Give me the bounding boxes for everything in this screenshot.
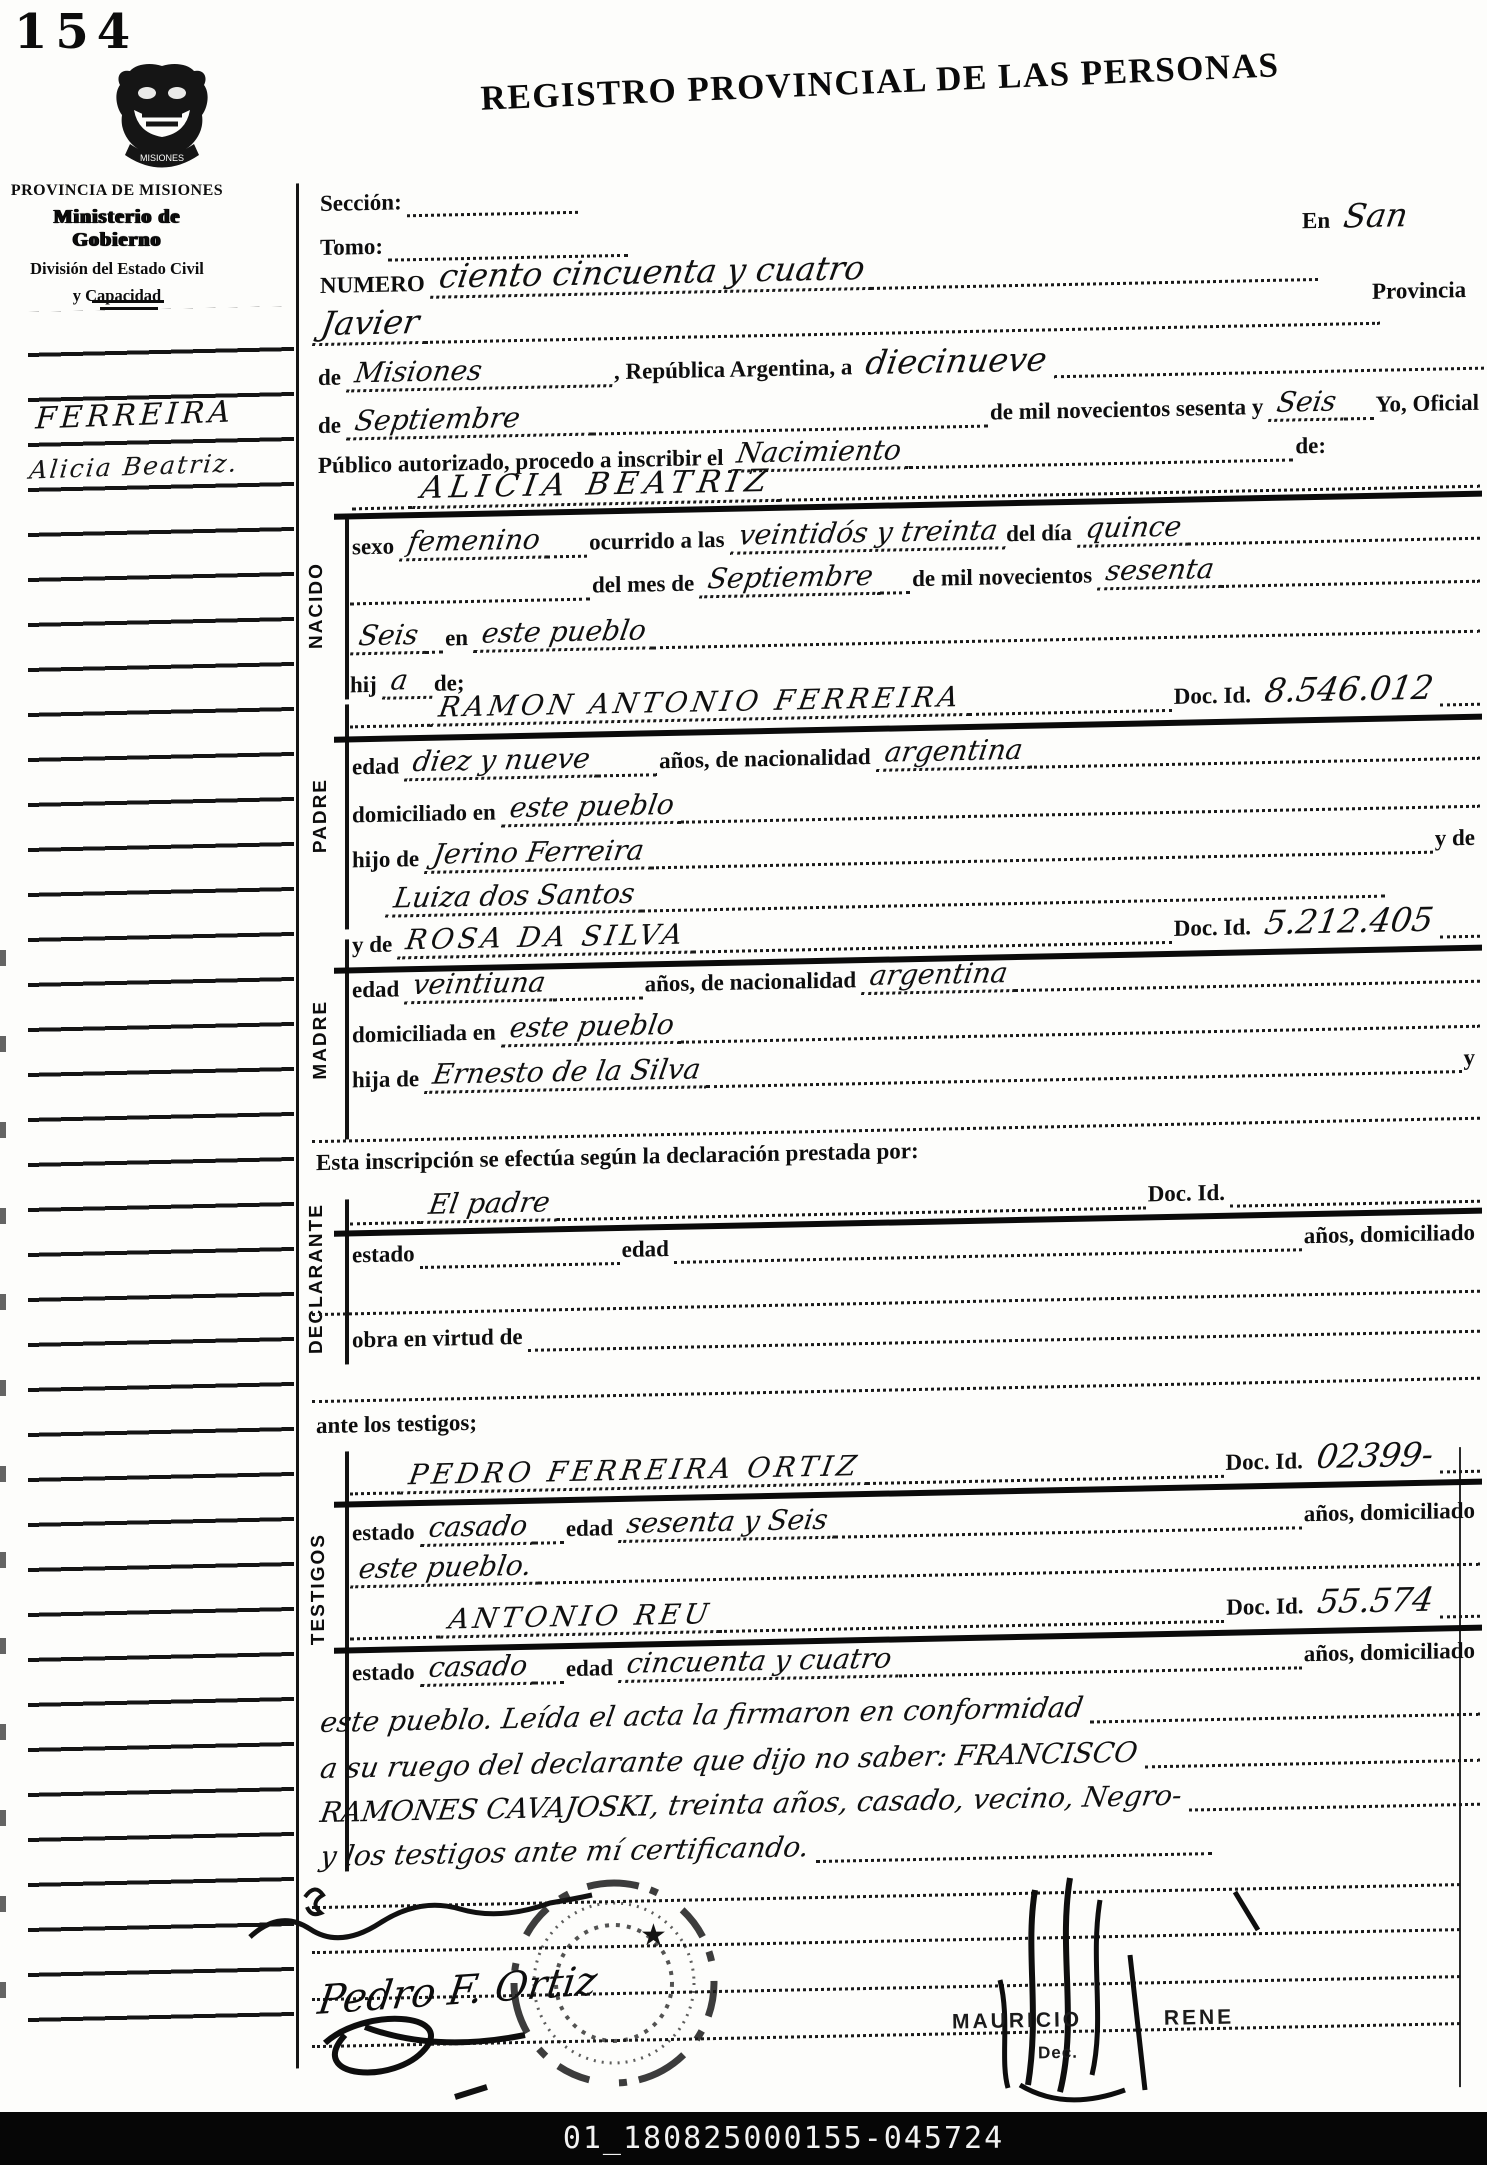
padre-edad-label: edad [350, 753, 404, 782]
obra-label: obra en virtud de [350, 1324, 528, 1356]
declarante-doc-label: Doc. Id. [1146, 1180, 1230, 1210]
scanned-birth-certificate: 154 MISIONES PROVINCIA DE MISIONES Minis… [0, 0, 1487, 2165]
official-name-mauricio: MAURICIO [952, 2008, 1083, 2033]
t2-aniosdom-label: años, domiciliado [1302, 1638, 1480, 1670]
official-name-rene: RENE [1164, 2006, 1235, 2030]
hw-testigo1-doc: 02399- [1308, 1434, 1446, 1476]
hw-testigo1-dom: este pueblo. [350, 1549, 544, 1589]
t1-nombre-line [867, 1465, 1223, 1485]
hw-testigo2-edad: cincuenta y cuatro [618, 1641, 904, 1683]
hw-anio: sesenta [1097, 552, 1227, 591]
footer-scan-bar: 01_180825000155-045724 [0, 2112, 1487, 2165]
lugar-line [653, 620, 1480, 650]
official-name-line: MAURICIO RENE [952, 2006, 1235, 2035]
hw-day: diecinueve [857, 339, 1060, 382]
ocurrido-label: ocurrido a las [587, 527, 729, 558]
en-label: En [1300, 208, 1335, 237]
hw-sexo: femenino [399, 522, 553, 561]
field-row-en: En San [1300, 189, 1487, 237]
hw-madre-nombre: ROSA DA SILVA [397, 917, 699, 959]
t1-lead-dots [350, 1481, 400, 1495]
t2-estado-dots [534, 1671, 564, 1685]
t2-edad-label: edad [564, 1655, 618, 1684]
hw-anio2: Seis [350, 618, 431, 656]
hw-abuelo-paterno: Jerino Ferreira [424, 833, 656, 874]
madre-doc-dots [1440, 925, 1480, 939]
republica-label: , República Argentina, a [612, 354, 857, 387]
t2-estado-label: estado [350, 1659, 420, 1688]
testigos-intro: ante los testigos; [316, 1410, 477, 1439]
section-label-madre: MADRE [310, 1000, 332, 1080]
madre-edad-dots [553, 987, 643, 1002]
y-de-label: y de [1433, 825, 1480, 854]
madre-doc-label: Doc. Id. [1172, 914, 1256, 944]
section-label-testigos: TESTIGOS [308, 1533, 330, 1646]
padre-edad-dots [597, 763, 657, 777]
dia-label: del día [1004, 520, 1077, 549]
seccion-label: Sección: [318, 189, 407, 219]
hw-place-line2: Javier [312, 302, 432, 346]
hw-testigo2-doc: 55.574 [1309, 1579, 1447, 1621]
hw-madre-edad: veintiuna [404, 965, 558, 1004]
t2-lead-dots [350, 1626, 440, 1641]
madre-dom-label: domiciliada en [350, 1019, 501, 1050]
hw-padre-edad: diez y nueve [404, 741, 603, 781]
year-dots [1344, 407, 1374, 421]
padre-nac-label: años, de nacionalidad [657, 744, 876, 776]
numero-label: NUMERO [318, 271, 430, 301]
form-left-border [296, 183, 299, 2068]
declarante-edad-label: edad [620, 1236, 674, 1265]
en-lugar-label: en [443, 625, 473, 654]
madre-y-de-label: y de [350, 931, 397, 960]
declarante-intro: Esta inscripción se efectúa según la dec… [316, 1138, 919, 1176]
hw-place-line1: San [1335, 195, 1421, 236]
signature-flourish-right-icon [940, 1860, 1290, 2110]
t1-doc-dots [1440, 1460, 1480, 1474]
hw-lugar: este pueblo [473, 613, 659, 653]
name-lead-dots [352, 496, 412, 510]
hw-declarante: El padre [420, 1185, 562, 1224]
seal-star-icon: ★ [640, 1918, 667, 1953]
footer-scan-code: 01_180825000155-045724 [563, 2121, 1004, 2156]
hw-dia: quince [1077, 509, 1194, 547]
anio-line [1221, 570, 1480, 588]
madre-nac-label: años, de nacionalidad [643, 967, 862, 999]
hw-madre-dom: este pueblo [501, 1008, 687, 1048]
mes-dots [880, 581, 910, 595]
form-body: Sección: Tomo: En San NUMERO ciento cinc… [0, 0, 1487, 2165]
hw-testigo2-estado: casado [420, 1649, 540, 1687]
hw-province: Misiones [346, 351, 618, 392]
field-row-seccion: Sección: [318, 170, 578, 219]
provincia-label: Provincia [1372, 277, 1466, 305]
madre-edad-label: edad [350, 976, 404, 1005]
section-label-nacido: NACIDO [306, 562, 328, 649]
hw-testigo1-nombre: PEDRO FERREIRA ORTIZ [400, 1449, 873, 1494]
mes-label: del mes de [590, 570, 699, 600]
padre-dom-label: domiciliado en [350, 799, 501, 830]
hw-person-name: ALICIA BEATRIZ [412, 463, 786, 509]
official-title-dec: Dec. [1038, 2043, 1078, 2063]
declarante-estado-label: estado [350, 1241, 420, 1270]
hw-padre-nacionalidad: argentina [876, 733, 1035, 772]
t2-doc-label: Doc. Id. [1224, 1593, 1308, 1623]
padre-doc-dots [1440, 693, 1480, 707]
lugar-dots [425, 641, 443, 654]
madre-hija-label: hija de [350, 1066, 424, 1095]
t2-doc-dots [1440, 1605, 1480, 1619]
official-title: Dec. [1038, 2040, 1078, 2065]
padre-hijo-label: hijo de [350, 846, 424, 875]
hw-padre-doc: 8.546.012 [1256, 667, 1446, 710]
notary-seal-icon [500, 1865, 740, 2105]
sexo-label: sexo [350, 533, 399, 562]
padre-doc-label: Doc. Id. [1172, 682, 1256, 712]
padre-nombre-line [969, 699, 1172, 716]
hw-abuelo-materno: Ernesto de la Silva [424, 1052, 713, 1094]
declarante-aniosdom-label: años, domiciliado [1302, 1220, 1480, 1252]
blank-line [312, 1367, 1480, 1403]
madre-y-label: y [1462, 1045, 1481, 1073]
hw-testigo2-nombre: ANTONIO REU [440, 1597, 725, 1639]
mes-lead-dots [350, 588, 590, 606]
closing-line-3-rule [1189, 1793, 1480, 1812]
padre-lead-dots [350, 714, 430, 729]
hw-padre-dom: este pueblo [501, 788, 687, 828]
hw-madre-nacionalidad: argentina [861, 956, 1020, 995]
seal-outer-ring [514, 1883, 714, 2083]
t2-edad-line [899, 1656, 1302, 1677]
yo-oficial-label: Yo, Oficial [1374, 390, 1485, 420]
hw-mes: Septiembre [699, 559, 886, 599]
t1-doc-label: Doc. Id. [1224, 1448, 1308, 1478]
anio-label: de mil novecientos [910, 562, 1097, 594]
hw-padre-nombre: RAMON ANTONIO FERREIRA [430, 680, 975, 727]
de-label-1: de [316, 364, 346, 393]
section-label-padre: PADRE [310, 778, 332, 854]
hw-madre-doc: 5.212.405 [1256, 899, 1446, 942]
declarante-lead-dots [350, 1211, 420, 1225]
